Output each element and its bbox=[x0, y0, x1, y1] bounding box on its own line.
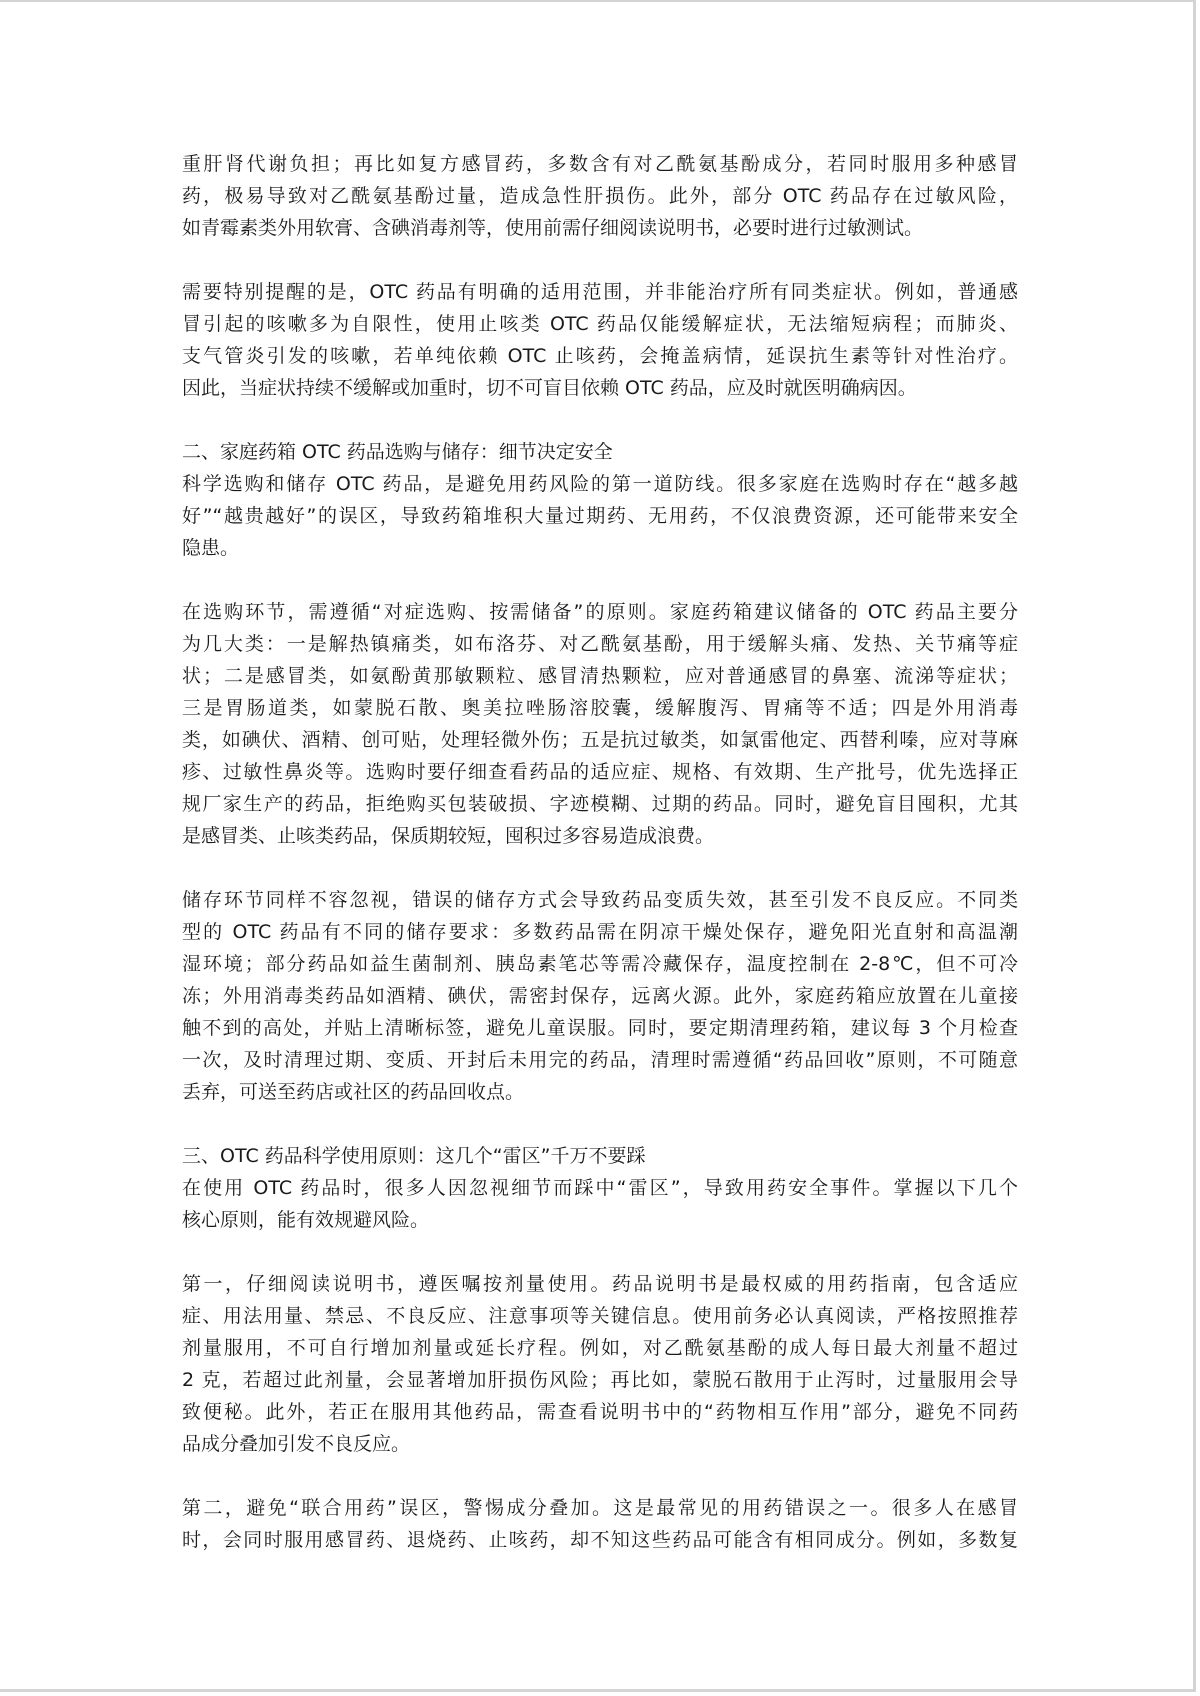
text-line: 三是胃肠道类，如蒙脱石散、奥美拉唑肠溶胶囊，缓解腹泻、胃痛等不适；四是外用消毒 bbox=[182, 692, 1018, 724]
text-line: 因此，当症状持续不缓解或加重时，切不可盲目依赖 OTC 药品，应及时就医明确病因… bbox=[182, 372, 1018, 404]
text-line: 剂量服用，不可自行增加剂量或延长疗程。例如，对乙酰氨基酚的成人每日最大剂量不超过 bbox=[182, 1332, 1018, 1364]
text-line: 支气管炎引发的咳嗽，若单纯依赖 OTC 止咳药，会掩盖病情，延误抗生素等针对性治… bbox=[182, 340, 1018, 372]
text-line: 一次，及时清理过期、变质、开封后未用完的药品，清理时需遵循“药品回收”原则，不可… bbox=[182, 1044, 1018, 1076]
text-line: 时，会同时服用感冒药、退烧药、止咳药，却不知这些药品可能含有相同成分。例如，多数… bbox=[182, 1524, 1018, 1556]
paragraph-gap bbox=[182, 244, 1022, 276]
text-line: 在使用 OTC 药品时，很多人因忽视细节而踩中“雷区”，导致用药安全事件。掌握以… bbox=[182, 1172, 1018, 1204]
text-line: 类，如碘伏、酒精、创可贴，处理轻微外伤；五是抗过敏类，如氯雷他定、西替利嗪，应对… bbox=[182, 724, 1018, 756]
section-usage-principles: 三、OTC 药品科学使用原则：这几个“雷区”千万不要踩 在使用 OTC 药品时，… bbox=[182, 1140, 1022, 1236]
text-line: 如青霉素类外用软膏、含碘消毒剂等，使用前需仔细阅读说明书，必要时进行过敏测试。 bbox=[182, 212, 1018, 244]
text-line: 湿环境；部分药品如益生菌制剂、胰岛素笔芯等需冷藏保存，温度控制在 2-8℃，但不… bbox=[182, 948, 1018, 980]
text-line: 在选购环节，需遵循“对症选购、按需储备”的原则。家庭药箱建议储备的 OTC 药品… bbox=[182, 596, 1018, 628]
text-line: 为几大类：一是解热镇痛类，如布洛芬、对乙酰氨基酚，用于缓解头痛、发热、关节痛等症 bbox=[182, 628, 1018, 660]
text-line: 丢弃，可送至药店或社区的药品回收点。 bbox=[182, 1076, 1018, 1108]
text-line: 冒引起的咳嗽多为自限性，使用止咳类 OTC 药品仅能缓解症状，无法缩短病程；而肺… bbox=[182, 308, 1018, 340]
section-purchase-storage: 二、家庭药箱 OTC 药品选购与储存：细节决定安全 科学选购和储存 OTC 药品… bbox=[182, 436, 1022, 564]
text-line: 是感冒类、止咳类药品，保质期较短，囤积过多容易造成浪费。 bbox=[182, 820, 1018, 852]
text-line: 状；二是感冒类，如氨酚黄那敏颗粒、感冒清热颗粒，应对普通感冒的鼻塞、流涕等症状； bbox=[182, 660, 1018, 692]
paragraph-liver-burden: 重肝肾代谢负担；再比如复方感冒药，多数含有对乙酰氨基酚成分，若同时服用多种感冒 … bbox=[182, 148, 1022, 244]
text-line: 规厂家生产的药品，拒绝购买包装破损、字迹模糊、过期的药品。同时，避免盲目囤积，尤… bbox=[182, 788, 1018, 820]
paragraph-gap bbox=[182, 1460, 1022, 1492]
text-line: 疹、过敏性鼻炎等。选购时要仔细查看药品的适应症、规格、有效期、生产批号，优先选择… bbox=[182, 756, 1018, 788]
text-line: 重肝肾代谢负担；再比如复方感冒药，多数含有对乙酰氨基酚成分，若同时服用多种感冒 bbox=[182, 148, 1018, 180]
paragraph-gap bbox=[182, 404, 1022, 436]
paragraph-gap bbox=[182, 852, 1022, 884]
text-line: 第一，仔细阅读说明书，遵医嘱按剂量使用。药品说明书是最权威的用药指南，包含适应 bbox=[182, 1268, 1018, 1300]
text-line: 科学选购和储存 OTC 药品，是避免用药风险的第一道防线。很多家庭在选购时存在“… bbox=[182, 468, 1018, 500]
text-line: 需要特别提醒的是，OTC 药品有明确的适用范围，并非能治疗所有同类症状。例如，普… bbox=[182, 276, 1018, 308]
text-line: 冻；外用消毒类药品如酒精、碘伏，需密封保存，远离火源。此外，家庭药箱应放置在儿童… bbox=[182, 980, 1018, 1012]
paragraph-principle-one: 第一，仔细阅读说明书，遵医嘱按剂量使用。药品说明书是最权威的用药指南，包含适应 … bbox=[182, 1268, 1022, 1460]
paragraph-gap bbox=[182, 1108, 1022, 1140]
text-line: 药，极易导致对乙酰氨基酚过量，造成急性肝损伤。此外，部分 OTC 药品存在过敏风… bbox=[182, 180, 1018, 212]
text-line: 症、用法用量、禁忌、不良反应、注意事项等关键信息。使用前务必认真阅读，严格按照推… bbox=[182, 1300, 1018, 1332]
text-line: 致便秘。此外，若正在服用其他药品，需查看说明书中的“药物相互作用”部分，避免不同… bbox=[182, 1396, 1018, 1428]
paragraph-gap bbox=[182, 1236, 1022, 1268]
text-line: 型的 OTC 药品有不同的储存要求：多数药品需在阴凉干燥处保存，避免阳光直射和高… bbox=[182, 916, 1018, 948]
paragraph-gap bbox=[182, 564, 1022, 596]
text-line: 2 克，若超过此剂量，会显著增加肝损伤风险；再比如，蒙脱石散用于止泻时，过量服用… bbox=[182, 1364, 1018, 1396]
paragraph-otc-scope: 需要特别提醒的是，OTC 药品有明确的适用范围，并非能治疗所有同类症状。例如，普… bbox=[182, 276, 1022, 404]
section-heading: 二、家庭药箱 OTC 药品选购与储存：细节决定安全 bbox=[182, 436, 1022, 468]
document-body: 重肝肾代谢负担；再比如复方感冒药，多数含有对乙酰氨基酚成分，若同时服用多种感冒 … bbox=[182, 148, 1022, 1556]
text-line: 储存环节同样不容忽视，错误的储存方式会导致药品变质失效，甚至引发不良反应。不同类 bbox=[182, 884, 1018, 916]
text-line: 核心原则，能有效规避风险。 bbox=[182, 1204, 1018, 1236]
text-line: 好”“越贵越好”的误区，导致药箱堆积大量过期药、无用药，不仅浪费资源，还可能带来… bbox=[182, 500, 1018, 532]
text-line: 第二，避免“联合用药”误区，警惕成分叠加。这是最常见的用药错误之一。很多人在感冒 bbox=[182, 1492, 1018, 1524]
document-page: 重肝肾代谢负担；再比如复方感冒药，多数含有对乙酰氨基酚成分，若同时服用多种感冒 … bbox=[0, 0, 1196, 1692]
section-heading: 三、OTC 药品科学使用原则：这几个“雷区”千万不要踩 bbox=[182, 1140, 1022, 1172]
paragraph-purchase: 在选购环节，需遵循“对症选购、按需储备”的原则。家庭药箱建议储备的 OTC 药品… bbox=[182, 596, 1022, 852]
text-line: 品成分叠加引发不良反应。 bbox=[182, 1428, 1018, 1460]
text-line: 触不到的高处，并贴上清晰标签，避免儿童误服。同时，要定期清理药箱，建议每 3 个… bbox=[182, 1012, 1018, 1044]
paragraph-principle-two: 第二，避免“联合用药”误区，警惕成分叠加。这是最常见的用药错误之一。很多人在感冒… bbox=[182, 1492, 1022, 1556]
text-line: 隐患。 bbox=[182, 532, 1018, 564]
paragraph-storage: 储存环节同样不容忽视，错误的储存方式会导致药品变质失效，甚至引发不良反应。不同类… bbox=[182, 884, 1022, 1108]
